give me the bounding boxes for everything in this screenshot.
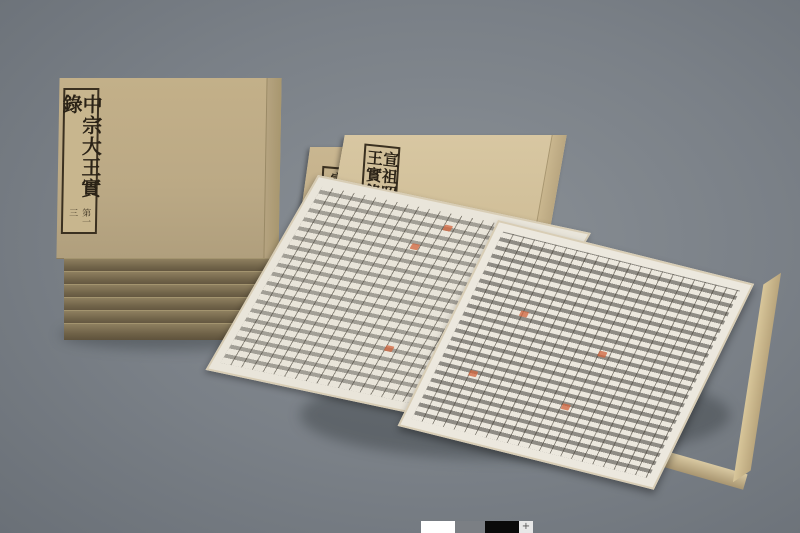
- left-book-spine: [263, 78, 281, 258]
- black-patch: [485, 521, 519, 533]
- left-book-title-label: 中宗大王實錄 第一三: [61, 88, 100, 234]
- left-book-volume: 第一三: [66, 208, 92, 232]
- color-calibration-strip: +: [421, 521, 533, 533]
- crosshair-marker: +: [519, 521, 533, 533]
- white-patch: [421, 521, 455, 533]
- grey-patch: [455, 521, 485, 533]
- left-book-cover: 中宗大王實錄 第一三: [56, 78, 281, 258]
- open-book: [308, 170, 763, 480]
- left-book-title: 中宗大王實錄: [59, 94, 101, 204]
